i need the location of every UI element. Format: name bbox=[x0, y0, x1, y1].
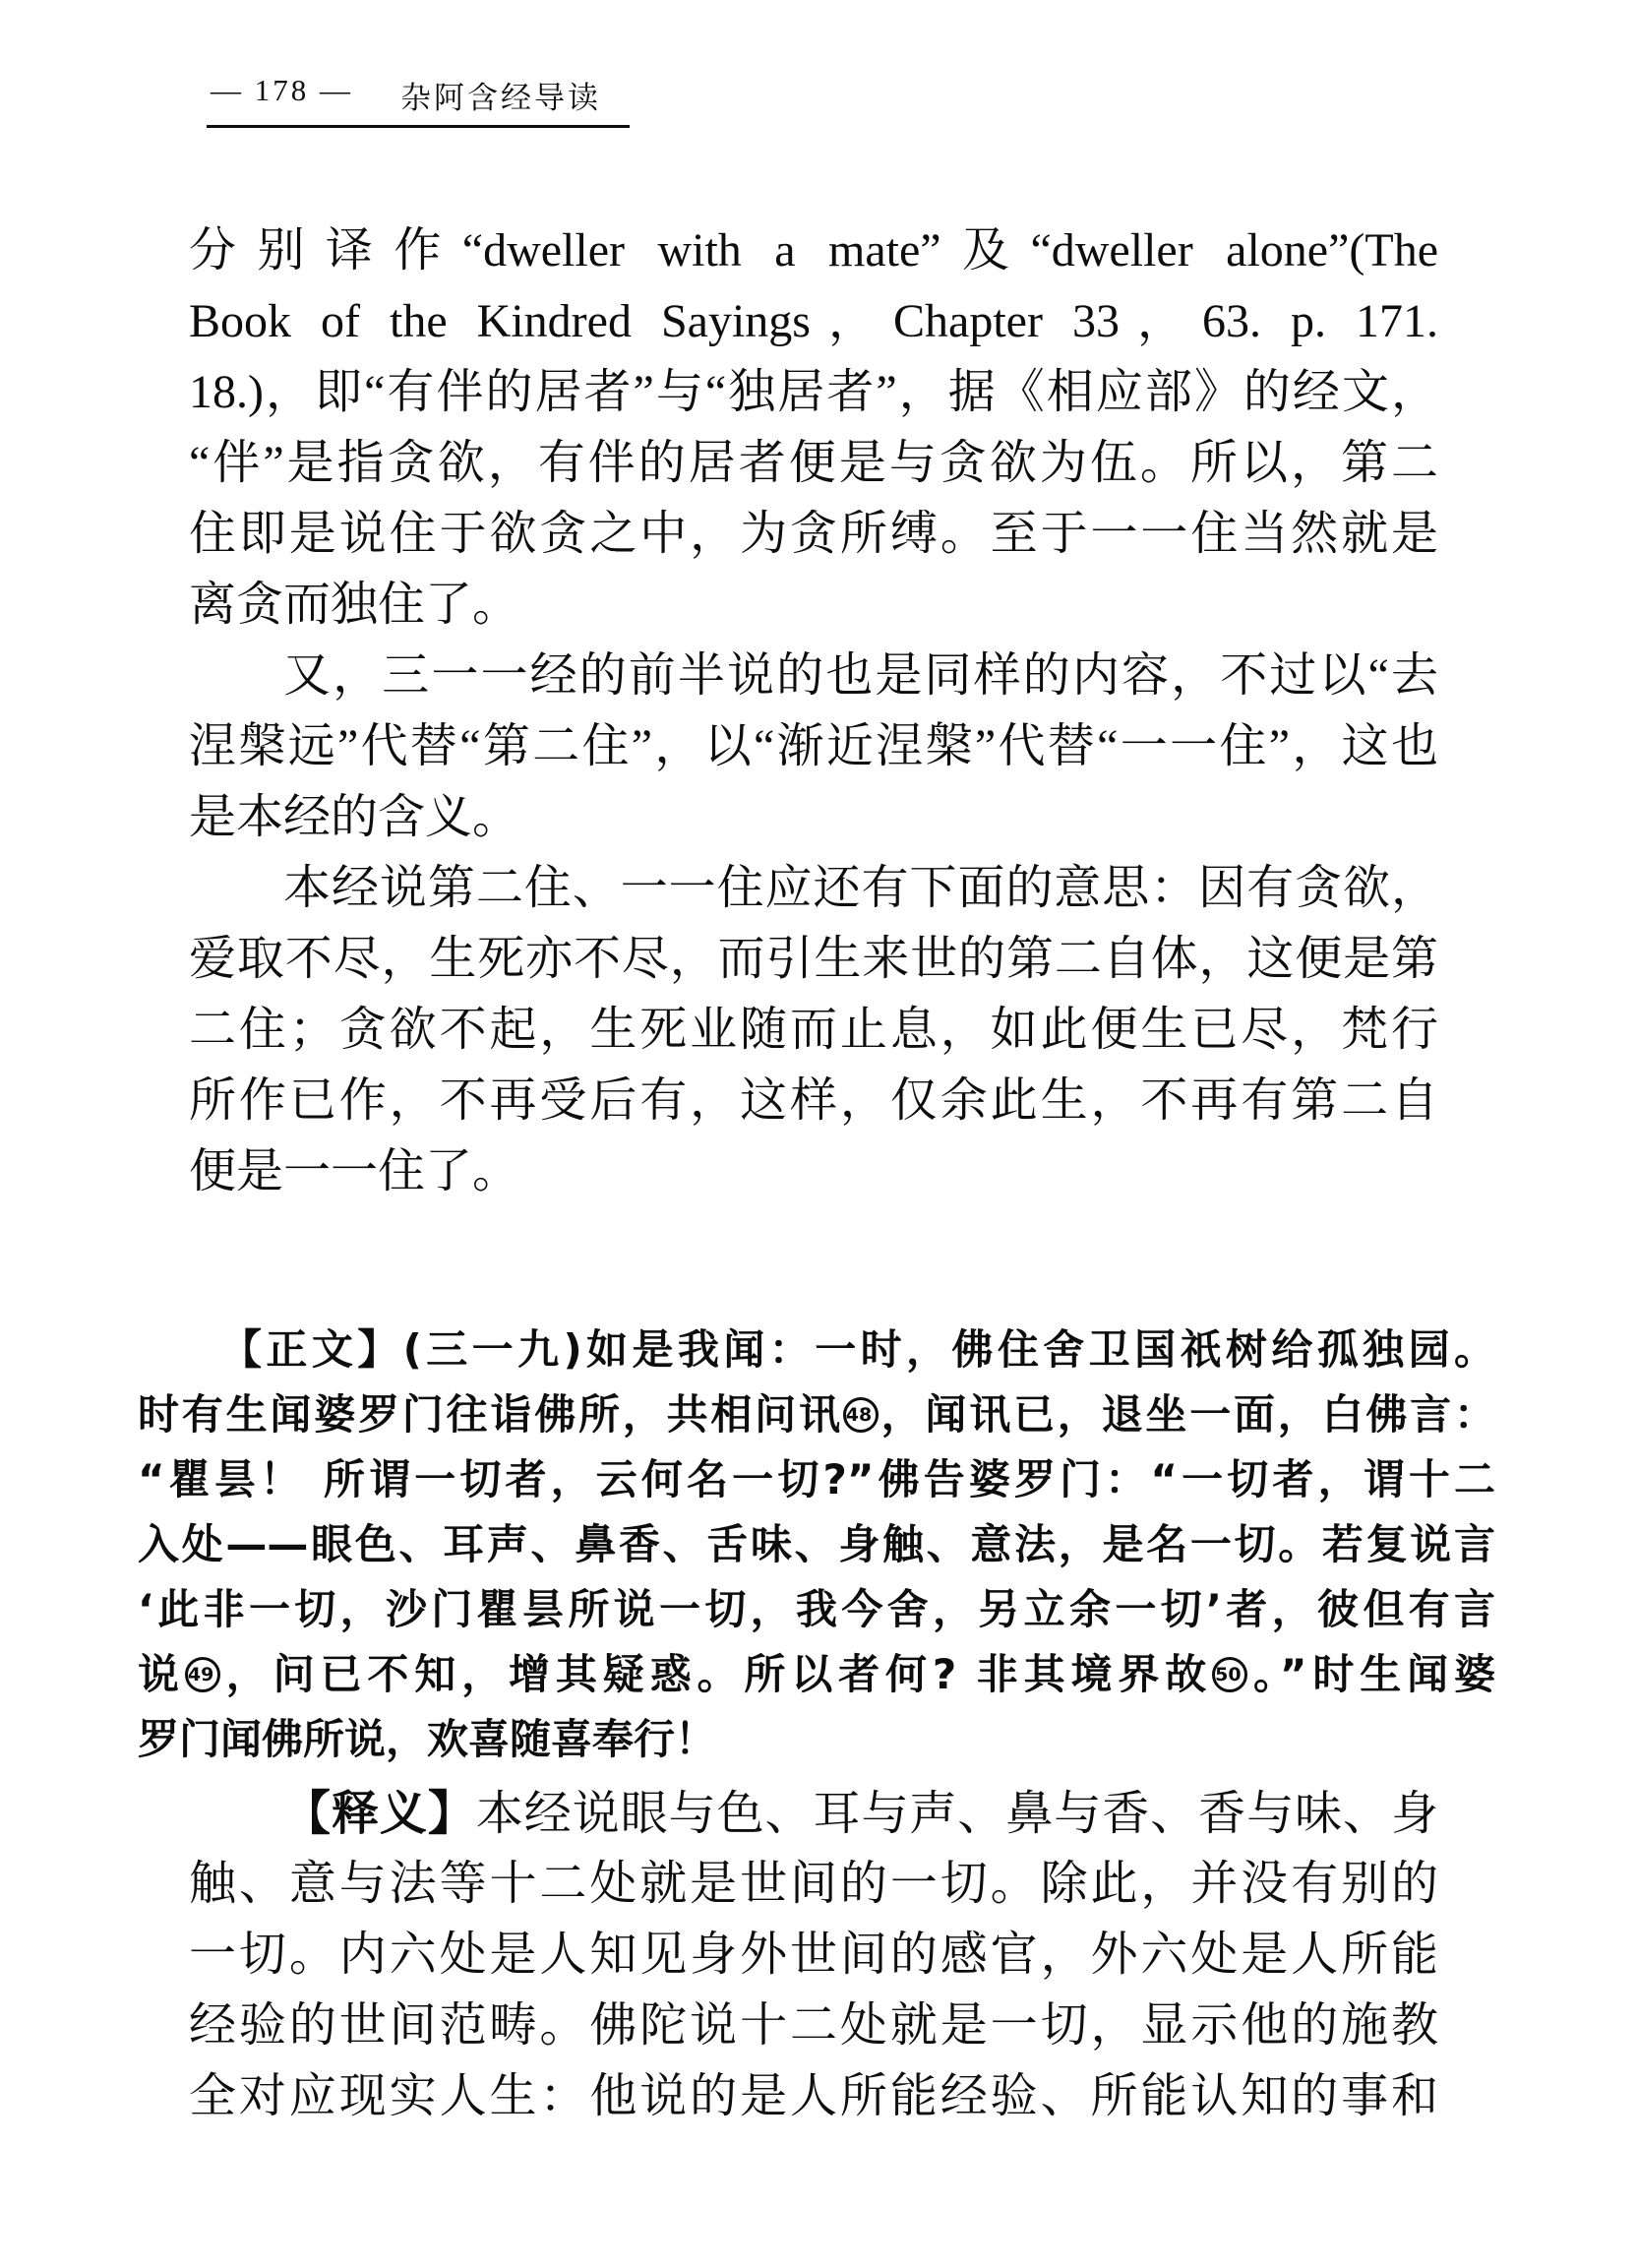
header-rule bbox=[207, 125, 630, 128]
text-line: 入处——眼色、耳声、鼻香、舌味、身触、意法，是名一切。若复说言 bbox=[138, 1512, 1495, 1577]
text-segment: 说 bbox=[138, 1650, 185, 1698]
text-segment: 二住；贪欲不起，生死业随而止息，如此便生已尽，梵行立， bbox=[189, 1004, 1438, 1066]
text-segment: 离贪而独住了。 bbox=[189, 579, 519, 631]
section-exegesis: 【释义】本经说眼与色、耳与声、鼻与香、香与味、身与触、意与法等十二处就是世间的一… bbox=[189, 1778, 1438, 2132]
text-line: 本经说第二住、一一住应还有下面的意思：因有贪欲， bbox=[189, 853, 1438, 924]
page-header: — 178 — 杂阿含经导读 bbox=[211, 73, 601, 117]
page-number: — 178 — bbox=[211, 73, 353, 117]
page-body: 分别译作“dweller with a mate”及“dweller alone… bbox=[189, 215, 1438, 2132]
text-line: 18.)，即“有伴的居者”与“独居者”，据《相应部》的经文， bbox=[189, 357, 1438, 428]
section-commentary: 分别译作“dweller with a mate”及“dweller alone… bbox=[189, 215, 1438, 1207]
text-segment: “瞿昙！ 所谓一切者，云何名一切?”佛告婆罗门：“一切者，谓十二 bbox=[138, 1455, 1495, 1503]
text-segment: 是本经的含义。 bbox=[189, 791, 519, 843]
text-segment: “伴”是指贪欲，有伴的居者便是与贪欲为伍。所以，第二 bbox=[189, 437, 1438, 489]
text-segment: 住即是说住于欲贪之中，为贪所缚。至于一一住当然就是 bbox=[189, 508, 1438, 560]
text-line: “伴”是指贪欲，有伴的居者便是与贪欲为伍。所以，第二 bbox=[189, 428, 1438, 499]
text-segment: 。”时生闻婆 bbox=[1247, 1650, 1495, 1698]
text-line: 触、意与法等十二处就是世间的一切。除此，并没有别的 bbox=[189, 1849, 1438, 1920]
note-ref-circled: 48 bbox=[843, 1397, 879, 1433]
text-line: “瞿昙！ 所谓一切者，云何名一切?”佛告婆罗门：“一切者，谓十二 bbox=[138, 1447, 1495, 1512]
text-segment: 又，三一一经的前半说的也是同样的内容，不过以“去 bbox=[283, 649, 1438, 702]
text-line: 是本经的含义。 bbox=[189, 782, 1438, 853]
text-line: 说49，问已不知，增其疑惑。所以者何? 非其境界故50。”时生闻婆 bbox=[138, 1642, 1495, 1707]
text-segment: ，闻讯已，退坐一面，白佛言： bbox=[879, 1390, 1495, 1439]
text-segment: Book of the Kindred Sayings，Chapter 33，6… bbox=[189, 295, 1438, 347]
text-segment: 所作已作，不再受后有，这样，仅余此生，不再有第二自体， bbox=[189, 1074, 1438, 1136]
text-segment: 触、意与法等十二处就是世间的一切。除此，并没有别的 bbox=[189, 1858, 1438, 1910]
text-segment: 经验的世间范畴。佛陀说十二处就是一切，显示他的施教 bbox=[189, 1999, 1438, 2052]
text-segment: 【释义】 bbox=[283, 1786, 476, 1841]
text-segment: 一切。内六处是人知见身外世间的感官，外六处是人所能 bbox=[189, 1929, 1438, 1981]
text-segment: 全对应现实人生：他说的是人所能经验、所能认知的事和 bbox=[189, 2070, 1438, 2122]
text-segment: 本经说第二住、一一住应还有下面的意思：因有贪欲， bbox=[283, 862, 1438, 914]
book-page: — 178 — 杂阿含经导读 分别译作“dweller with a mate”… bbox=[0, 0, 1637, 2268]
text-line: 时有生闻婆罗门往诣佛所，共相问讯48，闻讯已，退坐一面，白佛言： bbox=[138, 1382, 1495, 1447]
text-segment: 涅槃远”代替“第二住”，以“渐近涅槃”代替“一一住”，这也 bbox=[189, 720, 1438, 772]
note-ref-circled: 49 bbox=[185, 1657, 220, 1692]
text-segment: 便是一一住了。 bbox=[189, 1145, 519, 1197]
text-line: 离贪而独住了。 bbox=[189, 570, 1438, 641]
text-segment: 入处——眼色、耳声、鼻香、舌味、身触、意法，是名一切。若复说言 bbox=[138, 1520, 1495, 1568]
text-segment: 分别译作“dweller with a mate”及“dweller alone… bbox=[189, 224, 1438, 276]
text-segment: ，问已不知，增其疑惑。所以者何? 非其境界故 bbox=[220, 1650, 1212, 1698]
text-segment: 爱取不尽，生死亦不尽，而引生来世的第二自体，这便是第 bbox=[189, 933, 1438, 985]
text-line: ‘此非一切，沙门瞿昙所说一切，我今舍，另立余一切’者，彼但有言 bbox=[138, 1577, 1495, 1642]
text-line: Book of the Kindred Sayings，Chapter 33，6… bbox=[189, 286, 1438, 357]
text-line: 罗门闻佛所说，欢喜随喜奉行！ bbox=[138, 1707, 1495, 1772]
text-line: 所作已作，不再受后有，这样，仅余此生，不再有第二自体， bbox=[189, 1066, 1438, 1136]
text-line: 全对应现实人生：他说的是人所能经验、所能认知的事和 bbox=[189, 2061, 1438, 2132]
text-line: 爱取不尽，生死亦不尽，而引生来世的第二自体，这便是第 bbox=[189, 924, 1438, 995]
text-line: 二住；贪欲不起，生死业随而止息，如此便生已尽，梵行立， bbox=[189, 995, 1438, 1066]
text-line: 便是一一住了。 bbox=[189, 1136, 1438, 1207]
text-line: 又，三一一经的前半说的也是同样的内容，不过以“去 bbox=[189, 641, 1438, 711]
text-segment: 【正文】(三一九)如是我闻：一时，佛住舍卫国祇树给孤独园。 bbox=[220, 1325, 1495, 1374]
text-segment: ‘此非一切，沙门瞿昙所说一切，我今舍，另立余一切’者，彼但有言 bbox=[138, 1585, 1495, 1633]
text-segment: 时有生闻婆罗门往诣佛所，共相问讯 bbox=[138, 1390, 843, 1439]
text-segment: 18.)，即“有伴的居者”与“独居者”，据《相应部》的经文， bbox=[189, 366, 1438, 418]
text-line: 一切。内六处是人知见身外世间的感官，外六处是人所能 bbox=[189, 1920, 1438, 1991]
text-line: 经验的世间范畴。佛陀说十二处就是一切，显示他的施教 bbox=[189, 1991, 1438, 2061]
book-title: 杂阿含经导读 bbox=[400, 73, 601, 117]
text-line: 【正文】(三一九)如是我闻：一时，佛住舍卫国祇树给孤独园。 bbox=[138, 1318, 1495, 1382]
text-line: 【释义】本经说眼与色、耳与声、鼻与香、香与味、身与 bbox=[189, 1778, 1438, 1849]
section-scripture-text: 【正文】(三一九)如是我闻：一时，佛住舍卫国祇树给孤独园。时有生闻婆罗门往诣佛所… bbox=[138, 1318, 1495, 1772]
note-ref-circled: 50 bbox=[1212, 1657, 1247, 1692]
text-line: 分别译作“dweller with a mate”及“dweller alone… bbox=[189, 215, 1438, 286]
text-segment: 罗门闻佛所说，欢喜随喜奉行！ bbox=[138, 1715, 716, 1763]
text-line: 涅槃远”代替“第二住”，以“渐近涅槃”代替“一一住”，这也 bbox=[189, 711, 1438, 782]
text-line: 住即是说住于欲贪之中，为贪所缚。至于一一住当然就是 bbox=[189, 499, 1438, 570]
